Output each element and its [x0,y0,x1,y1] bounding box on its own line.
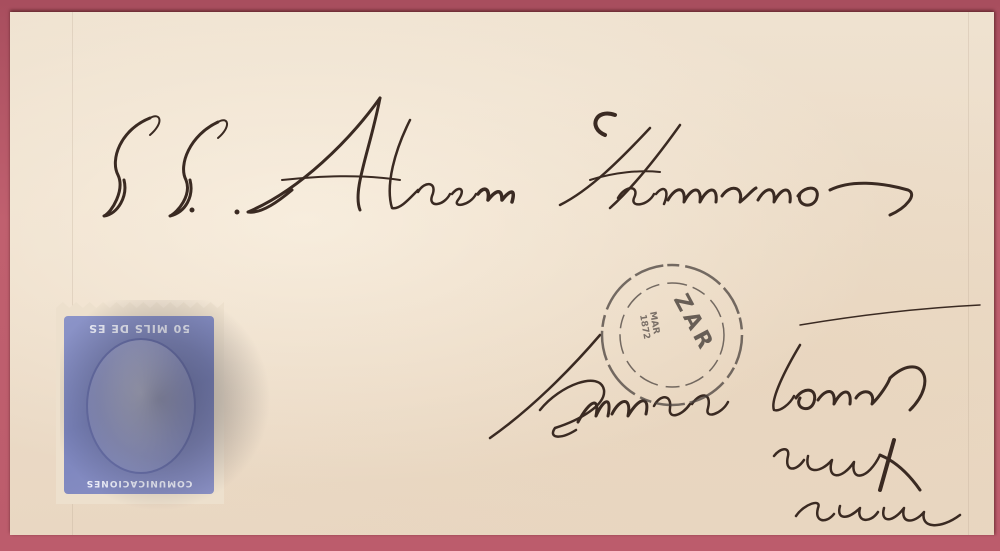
handwriting-layer: MAR 1872 [0,0,1000,551]
